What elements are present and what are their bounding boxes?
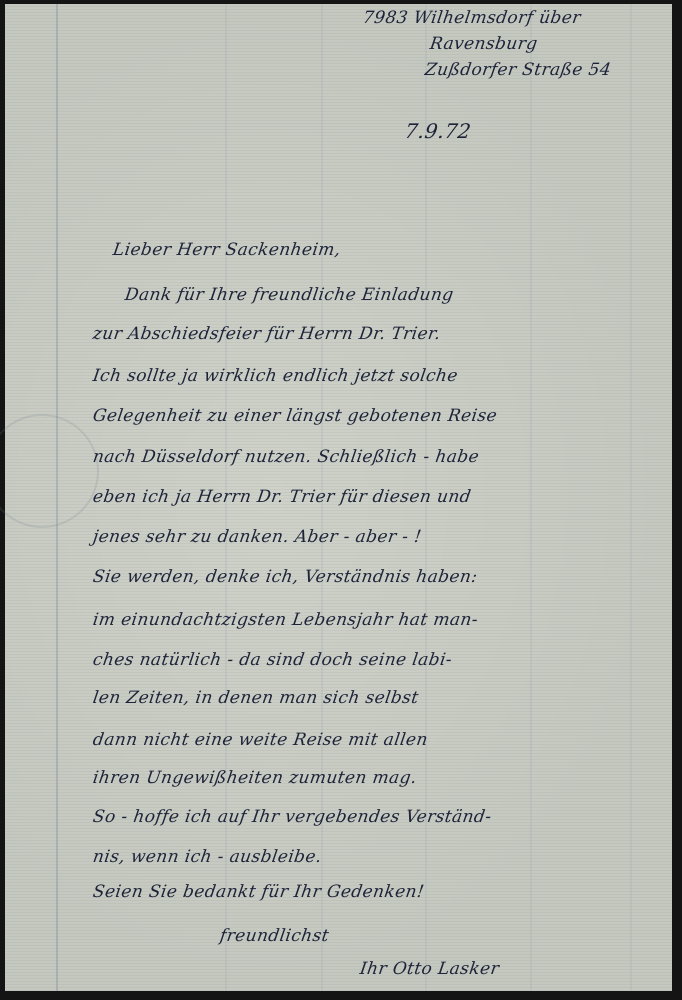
salutation: Lieber Herr Sackenheim, bbox=[112, 240, 342, 260]
body-line-9: im einundachtzigsten Lebensjahr hat man- bbox=[92, 610, 480, 630]
address-line-1: 7983 Wilhelmsdorf über bbox=[362, 8, 583, 28]
body-line-12: dann nicht eine weite Reise mit allen bbox=[92, 730, 430, 750]
address-line-2: Ravensburg bbox=[429, 34, 539, 54]
signature: Ihr Otto Lasker bbox=[359, 959, 501, 979]
body-line-6: eben ich ja Herrn Dr. Trier für diesen u… bbox=[92, 487, 473, 507]
closing: freundlichst bbox=[219, 926, 331, 946]
letter-date: 7.9.72 bbox=[403, 119, 472, 143]
body-line-3: Ich sollte ja wirklich endlich jetzt sol… bbox=[92, 366, 460, 386]
body-line-11: len Zeiten, in denen man sich selbst bbox=[92, 688, 420, 708]
body-line-8: Sie werden, denke ich, Verständnis haben… bbox=[92, 567, 479, 587]
body-line-5: nach Düsseldorf nutzen. Schließlich - ha… bbox=[92, 447, 481, 467]
address-line-3: Zußdorfer Straße 54 bbox=[424, 60, 613, 80]
body-line-10: ches natürlich - da sind doch seine labi… bbox=[92, 650, 454, 670]
body-line-15: nis, wenn ich - ausbleibe. bbox=[92, 847, 323, 867]
faded-stamp-mark bbox=[0, 414, 99, 528]
body-line-14: So - hoffe ich auf Ihr vergebendes Verst… bbox=[92, 807, 493, 827]
letter-page: 7983 Wilhelmsdorf über Ravensburg Zußdor… bbox=[5, 4, 672, 991]
body-line-16: Seien Sie bedankt für Ihr Gedenken! bbox=[92, 882, 426, 902]
body-line-2: zur Abschiedsfeier für Herrn Dr. Trier. bbox=[92, 324, 442, 344]
body-line-13: ihren Ungewißheiten zumuten mag. bbox=[92, 768, 419, 788]
body-line-7: jenes sehr zu danken. Aber - aber - ! bbox=[92, 527, 423, 547]
body-line-4: Gelegenheit zu einer längst gebotenen Re… bbox=[92, 406, 499, 426]
body-line-1: Dank für Ihre freundliche Einladung bbox=[124, 285, 455, 305]
